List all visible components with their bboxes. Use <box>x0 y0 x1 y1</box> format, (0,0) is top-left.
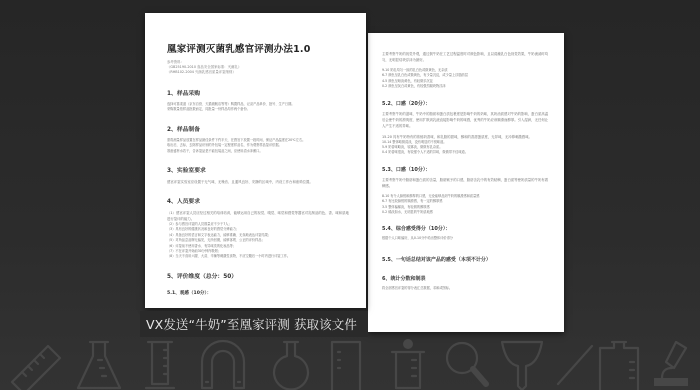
section-heading-3: 3、实验室要求 <box>167 165 352 174</box>
microscope-icon <box>648 338 694 390</box>
section-heading-5: 5、评价维度（总分：50） <box>167 271 352 280</box>
score-item: 15-20 具有牛奶特有的浓郁奶香味，和乳脂的甜味，醇和的香甜蛋质度，无异味，无… <box>382 134 550 140</box>
funnel-icon <box>498 338 546 390</box>
reference-item: 《RHB102-2004 灭菌乳感官质量评鉴细则》 <box>167 70 352 75</box>
caption-text: VX发送“牛奶”至凰家评测 获取该文件 <box>146 315 357 333</box>
magnifier-icon <box>442 338 490 390</box>
section-paragraph: 将全部感官评鉴的得分表汇总数据，求和或图标。 <box>382 286 550 291</box>
ruler-icon <box>8 338 64 390</box>
graduated-cylinder-icon <box>140 338 180 390</box>
intro-paragraph: 主要考察牛奶的视觉外观，通过倒牛奶在工艺过程温度时对颜色影响，且以清澈乳白色视觉… <box>382 51 550 63</box>
reagent-bottle-icon <box>388 338 428 390</box>
section-paragraph: 主要考察牛奶中脂肪和蛋白质的含量，脂肪赋予的口感，脂肪含乳中的有效粘稠，蛋白质等… <box>382 177 550 189</box>
section-paragraph: 感官评鉴实验室应设置于无气味、无噪音、且通风良好、安静的区域中，内设工作台和座椅… <box>167 179 352 185</box>
section-heading-1: 1、样品采购 <box>167 88 352 97</box>
score-item: 0-2 颜色呈灰白或黄色，有较强烈凝块物浮沫 <box>382 84 550 89</box>
section-heading-6: 6、统计分数和制表 <box>382 275 550 282</box>
section-paragraph: 主要考察牛奶的滋味、牛奶中的脂肪和蛋白质包裹度是影响牛奶的奶味，其奶油质感对牛奶… <box>382 111 550 129</box>
document-title: 凰家评测灭菌乳感官评测办法1.0 <box>167 41 352 55</box>
section-heading-5-3: 5.3、口感（10分）： <box>382 166 550 173</box>
section-heading-5-5: 5.5、一句话总结对该产品的感受（本项不计分） <box>382 256 550 263</box>
score-item: 0-2 稀淡如水，无明显的牛奶质地感 <box>382 210 550 215</box>
section-paragraph: 根据个人口味偏好，从0-10分中给出整体评价得分 <box>382 236 550 241</box>
lab-icon-strip <box>0 338 700 390</box>
document-page-right: 主要考察牛奶的视觉外观，通过倒牛奶在工艺过程温度时对颜色影响，且以清澈乳白色视觉… <box>368 33 564 332</box>
section-heading-4: 4、人员要求 <box>167 196 352 205</box>
section-heading-2: 2、样品制备 <box>167 124 352 133</box>
measuring-jar-icon <box>596 338 642 390</box>
section-heading-5-2: 5.2、口感（20分）： <box>382 100 550 107</box>
section-heading-5-4: 5.4、综合感受得分（10分）： <box>382 225 550 232</box>
section-paragraph: 准备盛杯水若干，告诉鉴品是不能包装品之间，应使用清水冲漱口。 <box>167 149 352 154</box>
round-bottom-flask-icon <box>268 338 314 390</box>
section-subheading-5-1: 5.1、观感（10分）： <box>167 290 352 296</box>
test-tube-icon <box>328 338 364 390</box>
erlenmeyer-flask-icon <box>74 338 124 390</box>
score-item: 0-4 奶香味很淡，有较强令人不适的异味，微微带不佳味道。 <box>382 150 550 155</box>
list-item: （1）感官评鉴人员应经过相关的培训培训，能够运用自己的视觉、嗅觉、味觉和感觉等器… <box>167 210 352 222</box>
glass-rod-icon <box>552 338 596 390</box>
u-tube-icon <box>196 338 250 390</box>
section-paragraph: 采购数量依样品批数而定，同批量一份样品均作两个备份。 <box>167 107 352 112</box>
document-page-left: 凰家评测灭菌乳感官评测办法1.0 参考资料： 《GB25190-2010 食品安… <box>145 13 366 308</box>
list-item: （8）当天不食用六腥、大蒜、辛辣等刺激性食物，不应空腹后一小时内进行评鉴工作。 <box>167 254 352 259</box>
